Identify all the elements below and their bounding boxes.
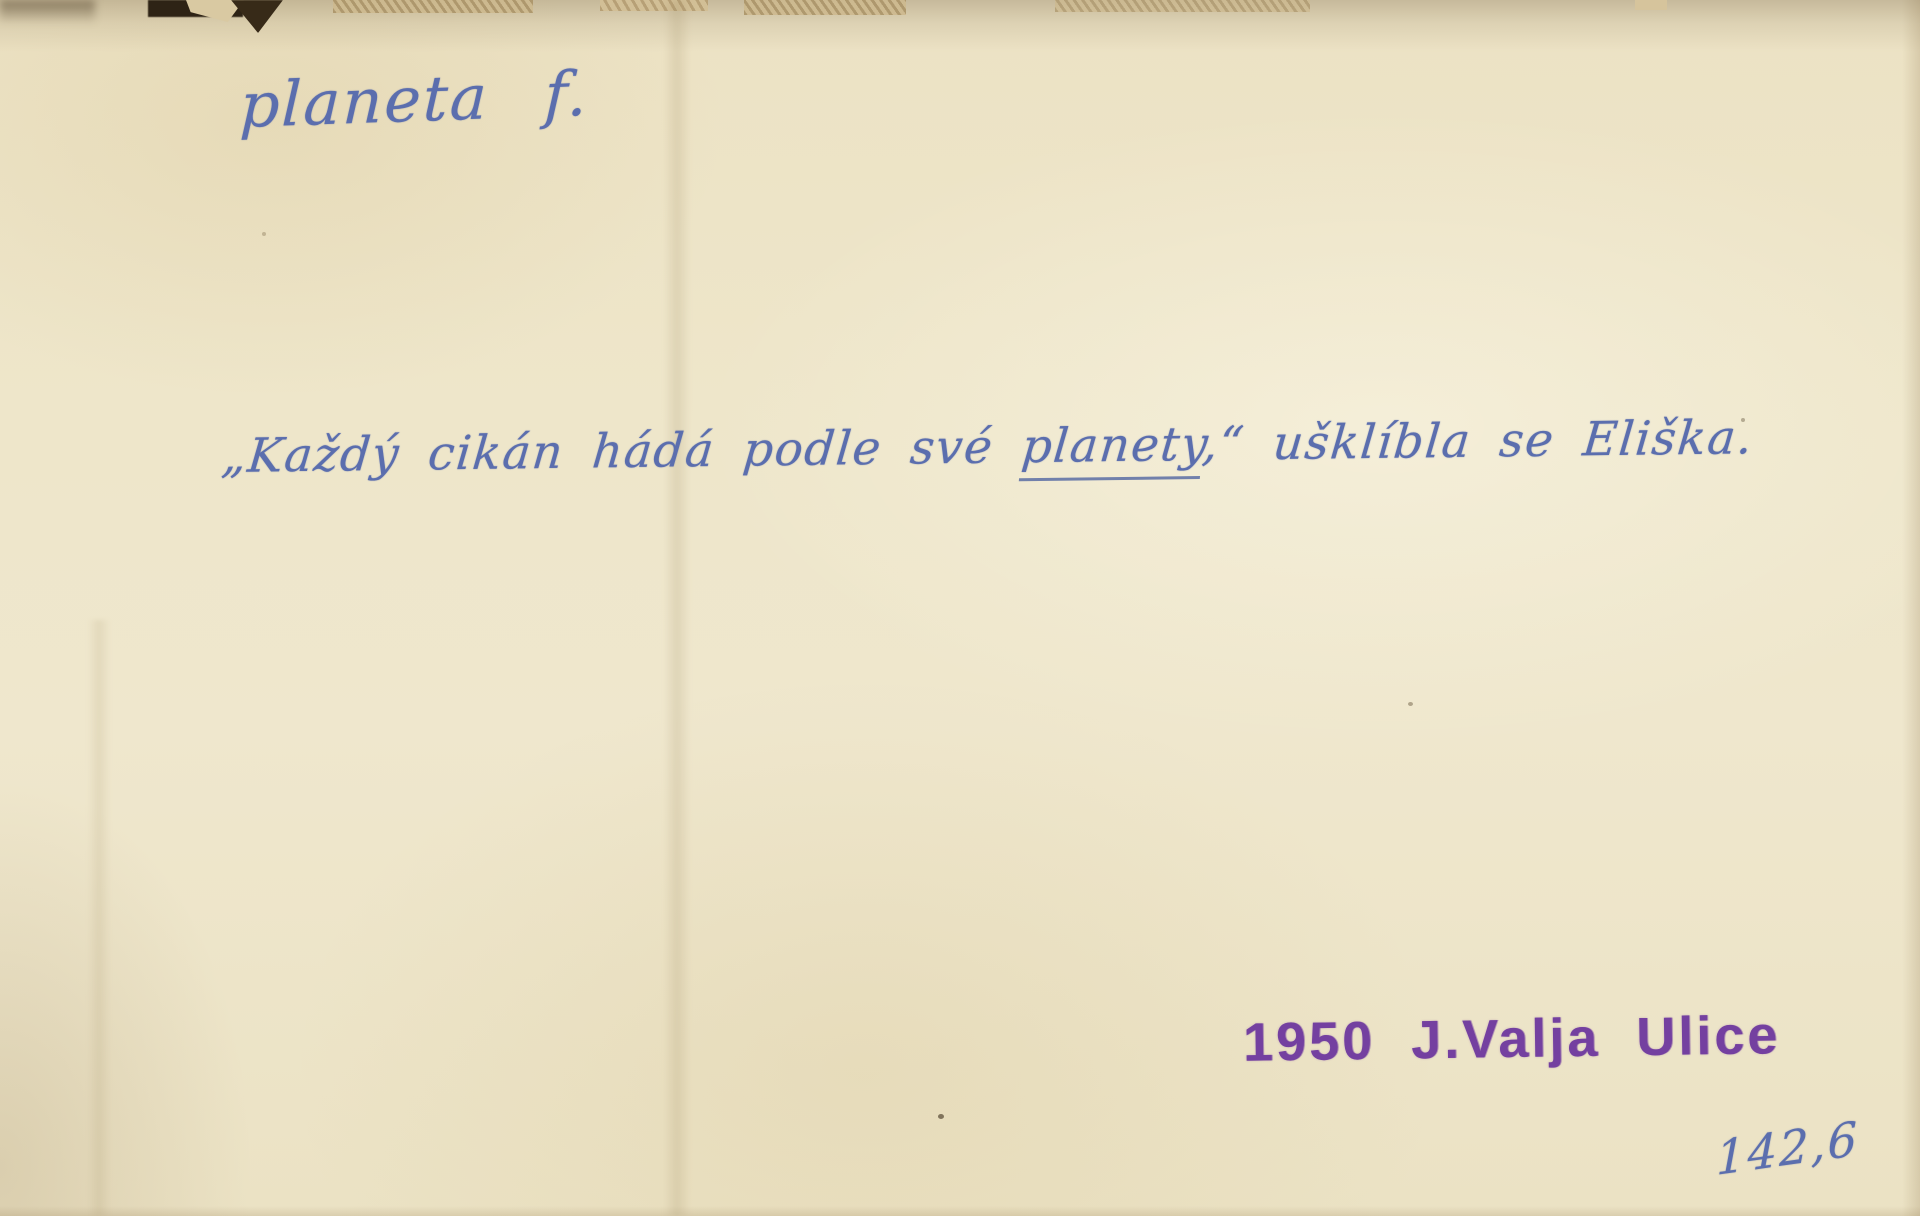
paper-fragment-hatched-3 [744, 0, 906, 15]
quote-post: ,“ ušklíbla se Eliška. [1200, 410, 1756, 472]
paper-fragment-hatched-4 [1055, 0, 1310, 12]
paper-fragment-shadow [0, 0, 95, 24]
top-scan-shadow [0, 0, 1920, 52]
bottom-paper-edge [0, 1206, 1920, 1216]
right-paper-edge [1902, 0, 1920, 1216]
quote-handwriting: „Každý cikán hádá podle své planety,“ uš… [219, 411, 1755, 484]
paper-fragment-tab [1635, 0, 1667, 10]
stamp-text: 1950 J.Valja Ulice [1243, 1005, 1781, 1072]
scanned-archive-card: planeta f. „Každý cikán hádá podle své p… [0, 0, 1920, 1216]
vertical-crease-center [664, 0, 690, 1216]
paper-speck [262, 232, 266, 236]
paper-speck [1408, 702, 1413, 706]
paper-fragment-hatched-1 [333, 0, 533, 13]
vertical-crease-left [88, 620, 110, 1216]
accession-stamp: 1950 J.Valja Ulice [1243, 1008, 1781, 1069]
headword-text: planeta f. [239, 57, 590, 142]
quote-pre: „Každý cikán hádá podle své [219, 419, 1024, 484]
paper-speck [938, 1114, 944, 1119]
headword-handwriting: planeta f. [239, 60, 590, 140]
reference-number-handwriting: 142,6 [1716, 1115, 1859, 1183]
paper-fragment-hatched-2 [600, 0, 708, 11]
underlined-word: planety [1019, 417, 1206, 481]
paper-speck [1741, 418, 1745, 422]
reference-number-text: 142,6 [1716, 1111, 1859, 1187]
